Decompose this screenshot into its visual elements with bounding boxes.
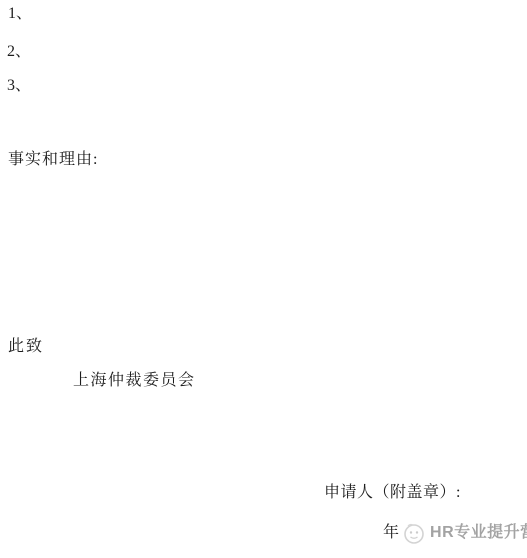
recipient-name: 上海仲裁委员会 [73,371,196,391]
watermark-text: HR专业提升营 [430,520,527,546]
facts-and-reasons-label: 事实和理由: [8,150,98,170]
year-label: 年 [383,520,399,546]
applicant-signature-label: 申请人（附盖章）: [324,483,461,503]
list-item-1: 1、 [8,4,32,24]
salutation-label: 此致 [8,337,44,357]
list-item-2: 2、 [7,42,31,62]
date-line: 年 HR专业提升营 [383,520,527,546]
list-item-3: 3、 [7,76,31,96]
watermark-logo-icon [401,520,427,546]
document-page: 1、 2、 3、 事实和理由: 此致 上海仲裁委员会 申请人（附盖章）: 年 H… [0,0,527,558]
